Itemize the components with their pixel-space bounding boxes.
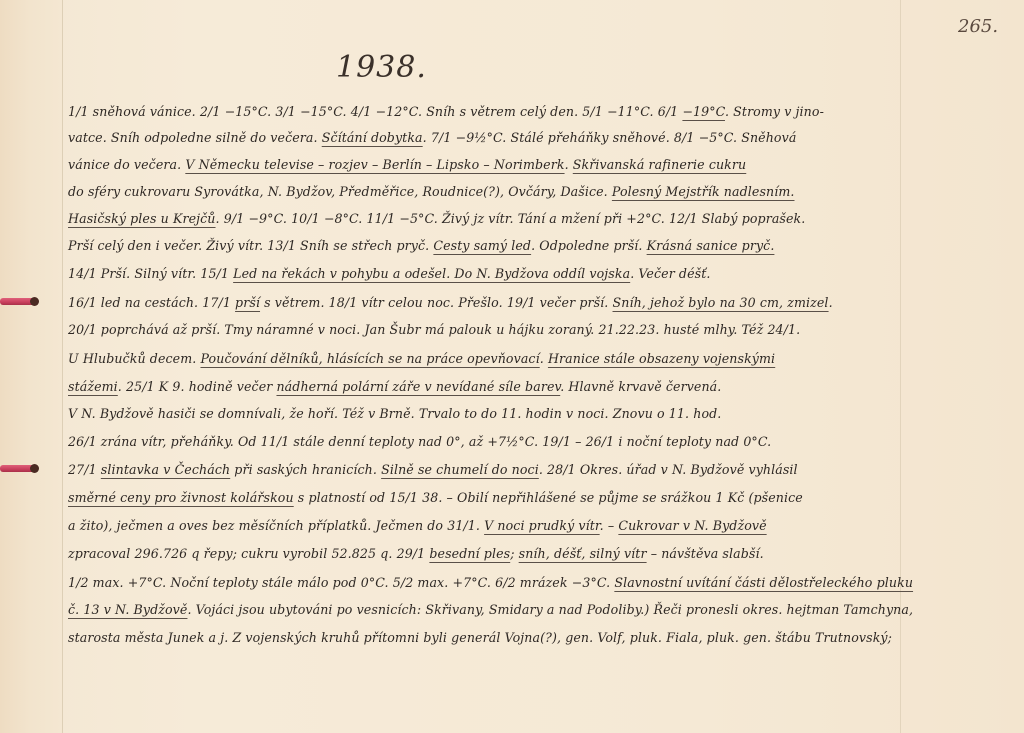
underlined-text: sníh, déšť, silný vítr <box>519 546 647 561</box>
text-segment: . <box>540 351 548 366</box>
text-segment: s platností od 15/1 38. – Obilí nepřihlá… <box>294 490 803 505</box>
text-segment: . 25/1 K 9. hodině večer <box>118 379 277 394</box>
text-line: 16/1 led na cestách. 17/1 prší s větrem.… <box>68 295 833 310</box>
text-line: 14/1 Prší. Silný vítr. 15/1 Led na řekác… <box>68 266 710 281</box>
underlined-text: Cukrovar v N. Bydžově <box>618 518 766 533</box>
underlined-text: Led na řekách v pohybu a odešel. Do N. B… <box>233 266 630 281</box>
text-segment: 1/1 sněhová vánice. 2/1 −15°C. 3/1 −15°C… <box>68 104 682 119</box>
text-line: vatce. Sníh odpoledne silně do večera. S… <box>68 130 796 145</box>
text-line: směrné ceny pro živnost kolářskou s plat… <box>68 490 803 505</box>
text-segment: . <box>829 295 833 310</box>
underlined-text: V noci prudký vítr <box>484 518 600 533</box>
text-line: U Hlubučků decem. Poučování dělníků, hlá… <box>68 351 775 366</box>
text-segment: . – <box>600 518 619 533</box>
underlined-text: besední ples <box>429 546 510 561</box>
underlined-text: Slavnostní uvítání části dělostřeleckého… <box>614 575 913 590</box>
text-segment: . Odpoledne prší. <box>531 238 647 253</box>
text-segment: . Stromy v jino- <box>725 104 824 119</box>
underlined-text: stážemi <box>68 379 118 394</box>
underlined-text: prší <box>235 295 260 310</box>
text-segment: . 9/1 −9°C. 10/1 −8°C. 11/1 −5°C. Živý j… <box>216 211 806 226</box>
text-line: starosta města Junek a j. Z vojenských k… <box>68 630 892 645</box>
text-line: a žito), ječmen a oves bez měsíčních pří… <box>68 518 767 533</box>
year-heading: 1938. <box>336 50 427 85</box>
text-line: do sféry cukrovaru Syrovátka, N. Bydžov,… <box>68 184 795 199</box>
underlined-text: V Německu televise – rozjev – Berlín – L… <box>185 157 564 172</box>
text-segment: . Večer déšť. <box>630 266 710 281</box>
text-line: 27/1 slintavka v Čechách při saských hra… <box>68 462 798 477</box>
underlined-text: Skřivanská rafinerie cukru <box>573 157 746 172</box>
text-segment: zpracoval 296.726 q řepy; cukru vyrobil … <box>68 546 429 561</box>
text-line: vánice do večera. V Německu televise – r… <box>68 157 746 172</box>
text-segment: Prší celý den i večer. Živý vítr. 13/1 S… <box>68 238 433 253</box>
text-segment: 20/1 poprchává až prší. Tmy náramné v no… <box>68 322 800 337</box>
underlined-text: nádherná polární záře v nevídané síle ba… <box>276 379 560 394</box>
underlined-text: Poučování dělníků, hlásících se na práce… <box>200 351 539 366</box>
binding-thread-icon <box>0 298 36 305</box>
text-segment: . 28/1 Okres. úřad v N. Bydžově vyhlásil <box>539 462 798 477</box>
text-line: V N. Bydžově hasiči se domnívali, že hoř… <box>68 406 721 421</box>
text-segment: U Hlubučků decem. <box>68 351 200 366</box>
text-segment: . Hlavně krvavě červená. <box>560 379 721 394</box>
binding-strip <box>0 0 62 733</box>
text-segment: a žito), ječmen a oves bez měsíčních pří… <box>68 518 484 533</box>
text-segment: ; <box>510 546 518 561</box>
underlined-text: Silně se chumelí do noci <box>381 462 539 477</box>
text-segment: starosta města Junek a j. Z vojenských k… <box>68 630 892 645</box>
text-segment: vatce. Sníh odpoledne silně do večera. <box>68 130 322 145</box>
text-segment: . 7/1 −9½°C. Stálé přeháňky sněhové. 8/1… <box>423 130 797 145</box>
thread-knot-icon <box>30 464 39 473</box>
underlined-text: Polesný Mejstřík nadlesním. <box>612 184 795 199</box>
text-segment: – návštěva slabší. <box>647 546 764 561</box>
underlined-text: Hranice stále obsazeny vojenskými <box>548 351 775 366</box>
manuscript-page: 265. 1938. 1/1 sněhová vánice. 2/1 −15°C… <box>0 0 1024 733</box>
underlined-text: Sníh, jehož bylo na 30 cm, zmizel <box>613 295 829 310</box>
text-segment: . Vojáci jsou ubytováni po vesnicích: Sk… <box>187 602 913 617</box>
text-segment: při saských hranicích. <box>230 462 381 477</box>
underlined-text: Sčítání dobytka <box>322 130 423 145</box>
underlined-text: Hasičský ples u Krejčů <box>68 211 216 226</box>
text-segment: 1/2 max. +7°C. Noční teploty stále málo … <box>68 575 614 590</box>
text-line: č. 13 v N. Bydžově. Vojáci jsou ubytován… <box>68 602 913 617</box>
underlined-text: č. 13 v N. Bydžově <box>68 602 187 617</box>
underlined-text: Cesty samý led <box>433 238 531 253</box>
binding-thread-icon <box>0 465 36 472</box>
underlined-text: slintavka v Čechách <box>101 462 230 477</box>
text-segment: V N. Bydžově hasiči se domnívali, že hoř… <box>68 406 721 421</box>
text-line: zpracoval 296.726 q řepy; cukru vyrobil … <box>68 546 764 561</box>
text-segment: 16/1 led na cestách. 17/1 <box>68 295 235 310</box>
underlined-text: Krásná sanice pryč. <box>647 238 775 253</box>
text-segment: . <box>565 157 573 172</box>
text-line: Hasičský ples u Krejčů. 9/1 −9°C. 10/1 −… <box>68 211 805 226</box>
text-line: 1/1 sněhová vánice. 2/1 −15°C. 3/1 −15°C… <box>68 104 824 119</box>
text-line: 26/1 zrána vítr, přeháňky. Od 11/1 stále… <box>68 434 771 449</box>
thread-knot-icon <box>30 297 39 306</box>
page-number: 265. <box>958 16 998 37</box>
text-line: 20/1 poprchává až prší. Tmy náramné v no… <box>68 322 800 337</box>
right-margin-rule <box>900 0 901 733</box>
text-segment: 14/1 Prší. Silný vítr. 15/1 <box>68 266 233 281</box>
underlined-text: směrné ceny pro živnost kolářskou <box>68 490 294 505</box>
text-line: 1/2 max. +7°C. Noční teploty stále málo … <box>68 575 913 590</box>
text-segment: 27/1 <box>68 462 101 477</box>
underlined-text: −19°C <box>682 104 725 119</box>
left-margin-rule <box>62 0 63 733</box>
text-segment: do sféry cukrovaru Syrovátka, N. Bydžov,… <box>68 184 612 199</box>
text-segment: s větrem. 18/1 vítr celou noc. Přešlo. 1… <box>260 295 612 310</box>
text-line: stážemi. 25/1 K 9. hodině večer nádherná… <box>68 379 721 394</box>
text-line: Prší celý den i večer. Živý vítr. 13/1 S… <box>68 238 774 253</box>
text-segment: vánice do večera. <box>68 157 185 172</box>
text-segment: 26/1 zrána vítr, přeháňky. Od 11/1 stále… <box>68 434 771 449</box>
